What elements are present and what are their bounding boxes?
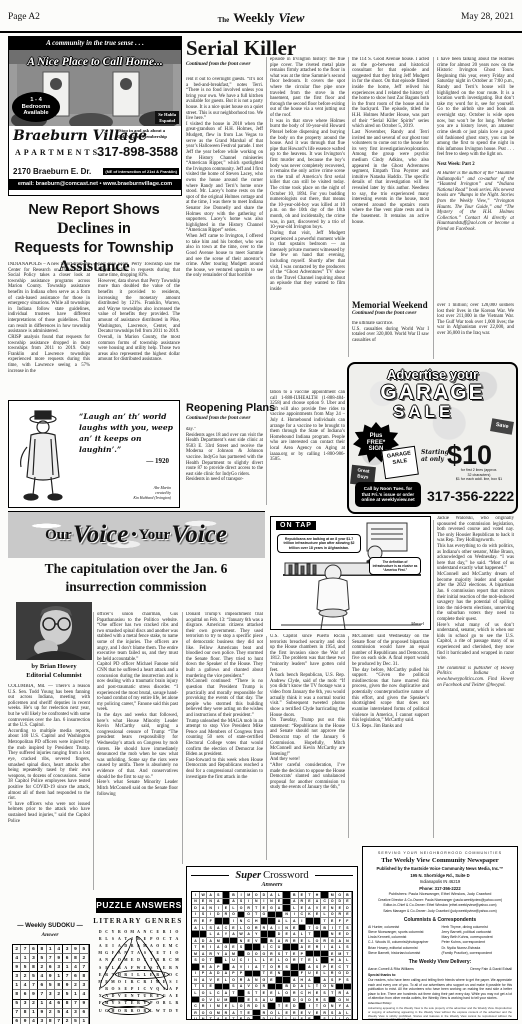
starting-at-only: Starting at only <box>421 450 449 463</box>
banner-voice2: Voice <box>171 521 227 549</box>
columnists-right: Herb Thyme, dining columnist Jerry Barne… <box>441 925 512 957</box>
sudoku-cell: 7 <box>47 954 55 963</box>
newspaper-page: Page A2 The Weekly View May 28, 2021 A c… <box>0 0 522 1024</box>
sudoku-cell: 3 <box>47 990 55 999</box>
serial-killer-continued: Continued from the front cover <box>186 62 250 67</box>
serial-killer-column-4-text: I have been talking about the Holmes cri… <box>437 57 514 158</box>
memorial-weekend-title: Memorial Weekend <box>352 300 428 310</box>
crossword-cell: E <box>238 1016 246 1020</box>
memorial-weekend-continued: Continued from the front cover <box>352 311 416 316</box>
sudoku-cell: 4 <box>63 1009 71 1018</box>
wordsearch-cell: I <box>174 978 180 985</box>
crossword-cell: L <box>336 1016 344 1020</box>
sudoku-cell: 5 <box>47 981 55 990</box>
sudoku-cell: 5 <box>13 1000 21 1009</box>
crossword-title-super: Super <box>235 870 261 881</box>
crossword-cell: A <box>215 1016 223 1020</box>
owner-line-3: Sales Manager & Co-Owner: Judy Crawford … <box>368 909 512 913</box>
wordsearch-cell: A <box>174 935 180 942</box>
sudoku-answer-grid: 2768143954135796829582631473254917681476… <box>12 944 90 1024</box>
sudoku-cell: 7 <box>80 963 88 972</box>
save-tag: Save <box>490 418 514 435</box>
sudoku-cell: 3 <box>72 1009 80 1018</box>
sudoku-cell: 9 <box>63 981 71 990</box>
ourvoice-column-4: U.S. Capitol since Puerto Rican terroris… <box>270 634 345 862</box>
sudoku-cell: 4 <box>30 1018 38 1024</box>
sudoku-cell: 2 <box>63 1018 71 1024</box>
policy-header: Advertiser Policy: <box>368 1002 512 1006</box>
banner-voice: Voice <box>73 521 129 549</box>
sudoku-cell: 3 <box>63 945 71 954</box>
ad-banner-text: A community in the true sense . . . <box>9 37 181 50</box>
puzzle-answers-header: PUZZLE ANSWERS <box>96 898 182 913</box>
sudoku-cell: 4 <box>13 954 21 963</box>
crossword-cell: T <box>230 1016 238 1020</box>
columnists-list: Al Hunter, columnist Steve Nicewanger, s… <box>368 925 512 957</box>
ourvoice-column-1: COLUMBIA, Md. — There’s a reason U.S. Se… <box>8 684 90 896</box>
serial-killer-column-2: episode in Irvington history: the flue p… <box>270 57 345 381</box>
published-by: Published by the Eastside Voice Communit… <box>368 866 512 871</box>
crossword-cell: T <box>207 1016 215 1020</box>
column-rule <box>93 612 94 890</box>
ourvoice-column-3: Donald Trump’s impeachment trial acquitt… <box>186 612 263 864</box>
masthead-weekly: Weekly <box>233 10 274 25</box>
sudoku-cell: 1 <box>13 981 21 990</box>
crossword-subtitle: Answers <box>187 882 357 888</box>
sudoku-cell: 9 <box>55 954 63 963</box>
sudoku-cell: 5 <box>38 954 46 963</box>
sudoku-cell: 4 <box>38 972 46 981</box>
masthead-view: View <box>278 10 304 25</box>
abe-martin-box: “Laugh an’ th’ world laughs with you, we… <box>8 400 180 508</box>
sudoku-cell: 1 <box>80 1018 88 1024</box>
sudoku-cell: 1 <box>21 954 29 963</box>
wordsearch-cell: Y <box>174 1007 180 1014</box>
township-headline-part: in <box>114 221 131 237</box>
serving-line: SERVING YOUR NEIGHBORHOOD COMMUNITIES <box>368 851 512 855</box>
delivery-list: Aaron Cornell & Rita Williams Denny Fain… <box>368 967 512 971</box>
title-rule <box>191 875 229 876</box>
gym-membership-note: Stop in and ask about a Gold’s Gym Membe… <box>105 128 179 139</box>
wordsearch-answer-grid: DCYROMANCEBIORLSATIREPOCTAAEIADRAMAOEMCM… <box>97 928 180 1014</box>
sudoku-cell: 8 <box>21 1009 29 1018</box>
wordsearch-cell: N <box>174 964 180 971</box>
sudoku-cell: 4 <box>55 945 63 954</box>
title-rule <box>315 875 353 876</box>
banner-your: Your <box>139 527 171 544</box>
sudoku-cell: 4 <box>80 990 88 999</box>
column-rule <box>348 57 349 357</box>
mini-garage-sale-sign: GARAGE SALE <box>381 446 419 479</box>
sudoku-cell: 7 <box>38 990 46 999</box>
ourvoice-column-6: Jackie Walorski, who originally sponsore… <box>437 516 514 840</box>
sudoku-cell: 6 <box>72 972 80 981</box>
braeburn-info: Braeburn Village APARTMENTS Stop in and … <box>9 126 181 167</box>
sudoku-cell: 8 <box>30 963 38 972</box>
crossword-cell: D <box>245 1016 253 1020</box>
braeburn-apartments-label: APARTMENTS <box>15 148 100 157</box>
sudoku-cell: 2 <box>47 1009 55 1018</box>
speech-bubble-1: Republicans are balking at an 8 year $1.… <box>277 534 361 553</box>
office-phone: Phone: 317-356-2222 <box>368 886 512 891</box>
crossword-cell: S <box>223 1016 231 1020</box>
sudoku-cell: 7 <box>72 1000 80 1009</box>
serial-killer-column-4: I have been talking about the Holmes cri… <box>437 57 514 299</box>
sudoku-cell: 4 <box>21 981 29 990</box>
crossword-cell: U <box>291 1016 299 1020</box>
sudoku-cell: 8 <box>72 954 80 963</box>
sudoku-cell: 9 <box>38 1009 46 1018</box>
braeburn-village-ad: A community in the true sense . . . A Ni… <box>8 36 182 196</box>
wordsearch-circle <box>108 1006 150 1015</box>
sudoku-cell: 6 <box>47 963 55 972</box>
abe-martin-credit: Abe Martin created by Kin Hubbard (Irvin… <box>133 486 171 501</box>
sudoku-cell: 3 <box>55 963 63 972</box>
brian-howey-portrait <box>16 602 92 660</box>
wordsearch-title: LITERARY GENRES <box>92 917 184 925</box>
sudoku-cell: 6 <box>38 981 46 990</box>
columnist-tagline: The columnist is publisher of Howey Poli… <box>437 666 514 688</box>
sudoku-cell: 3 <box>80 981 88 990</box>
sudoku-cell: 1 <box>63 963 71 972</box>
crossword-cell: E <box>306 1016 314 1020</box>
column-rule <box>433 520 434 838</box>
garage-sale-ad: Advertise your GARAGE SALE Plus FREE* SI… <box>347 362 518 514</box>
office-address: 195 N. Shortridge Rd., Suite D <box>368 873 512 878</box>
banner-bullet: • <box>131 527 136 544</box>
thanks-header: Special thanks to: <box>368 973 512 977</box>
columnists-left: Al Hunter, columnist Steve Nicewanger, s… <box>368 925 439 957</box>
braeburn-photo: A Nice Place to Call Home... 1 - 4 Bedro… <box>9 50 181 126</box>
township-headline-emph: Declines <box>57 220 114 237</box>
ourvoice-column-5: McConnell said Wednesday on the Senate f… <box>352 634 429 838</box>
braeburn-address: 2170 Braeburn E. Dr. <box>13 167 91 176</box>
owner-line-1: Creative Director & Co-Owner: Paula Nice… <box>368 898 512 902</box>
delivery-left: Aaron Cornell & Rita Williams <box>368 967 414 971</box>
abe-martin-cartoon <box>13 407 75 503</box>
sudoku-cell: 6 <box>55 1000 63 1009</box>
banner-our: Our <box>45 527 72 544</box>
author-bio: Al Hunter is the author of the “Haunted … <box>437 171 514 233</box>
wordsearch-cell: R <box>174 1000 180 1007</box>
garage-ad-phone: 317-356-2222 <box>427 488 514 504</box>
sudoku-cell: 2 <box>38 963 46 972</box>
sudoku-cell: 4 <box>72 963 80 972</box>
crossword-answer-grid: IWASBIMODALBETHMOBNENAASININEAREACODEDAN… <box>191 891 353 1020</box>
ourvoice-column-6-text: Jackie Walorski, who originally sponsore… <box>437 516 514 662</box>
column-rule <box>348 636 349 838</box>
our-voice-banner: Our Voice • Your Voice <box>8 511 265 558</box>
sudoku-cell: 9 <box>21 1018 29 1024</box>
sudoku-cell: 7 <box>21 945 29 954</box>
sudoku-cell: 9 <box>47 972 55 981</box>
cartoonist-signature: Marvel <box>411 621 424 626</box>
sudoku-cell: 1 <box>38 1000 46 1009</box>
wordsearch-cell: M <box>174 957 180 964</box>
se-habla-espanol-chip: Se Habla Español <box>155 111 179 124</box>
crossword-cell: L <box>283 1016 291 1020</box>
sudoku-cell: 2 <box>72 981 80 990</box>
sudoku-cell: 8 <box>47 1018 55 1024</box>
delivery-right: Denny Fain & David Edsall <box>470 967 512 971</box>
sudoku-cell: 8 <box>63 1000 71 1009</box>
masthead-box-title: The Weekly View Community Newspaper <box>368 857 512 864</box>
ourvoice-column-2: officer’s union chairman, Gus Papathanas… <box>97 612 178 892</box>
sudoku-cell: 7 <box>30 981 38 990</box>
masthead-the: The <box>218 16 230 24</box>
columnists-header: Columnists & Correspondents <box>368 917 512 923</box>
crossword-cell: D <box>261 1016 269 1020</box>
sudoku-cell: 6 <box>21 990 29 999</box>
sudoku-cell: 3 <box>13 972 21 981</box>
header-rule <box>0 31 522 33</box>
sudoku-cell: 5 <box>30 972 38 981</box>
bedrooms-badge: 1 - 4 Bedrooms Available <box>12 92 60 122</box>
sudoku-cell: 9 <box>13 963 21 972</box>
sudoku-cell: 5 <box>63 990 71 999</box>
sudoku-cell: 1 <box>47 945 55 954</box>
wordsearch-cell: O <box>174 950 180 957</box>
reopening-plans-continued: Continued from the front cover <box>186 416 250 421</box>
sale-word: SALE <box>393 402 454 422</box>
serial-killer-column-3: the 114 S. Good Avenue house. I acted as… <box>352 57 429 297</box>
abe-martin-quote: “Laugh an’ th’ world laughs with you, we… <box>79 411 173 455</box>
delivery-header: The Weekly View Delivery: <box>368 959 512 965</box>
column-rule <box>266 57 267 505</box>
wordsearch-cell: C <box>174 942 180 949</box>
column-rule <box>182 612 183 864</box>
sudoku-cell: 7 <box>13 1009 21 1018</box>
sudoku-cell: 7 <box>63 972 71 981</box>
sudoku-cell: 9 <box>80 1000 88 1009</box>
sudoku-cell: 2 <box>30 1000 38 1009</box>
policy-text: Advertising appearing in the Weekly View… <box>368 1007 512 1020</box>
reopening-column-2: tation to a vaccine appointment can call… <box>270 390 345 508</box>
owner-line-2: Editor-in-Chief & Co-Owner: Ethel Winslo… <box>368 903 512 907</box>
crossword-cell: N <box>200 1016 208 1020</box>
thanks-text: Our readers, who have been calling and t… <box>368 978 512 1000</box>
sudoku-cell: 1 <box>55 972 63 981</box>
sudoku-cell: 7 <box>55 1018 63 1024</box>
reopening-plans-title: Reopening Plans <box>186 402 275 414</box>
sudoku-cell: 1 <box>30 1009 38 1018</box>
next-week-line: Next Week: Part 2 <box>437 162 514 167</box>
sudoku-cell: 8 <box>13 990 21 999</box>
price-terms: for first 2 lines (approx. 32 characters… <box>445 468 513 482</box>
reopening-column-1: day.” Residents ages 18 and over can vis… <box>186 427 263 507</box>
office-city: Indianapolis IN 46219 <box>368 879 512 884</box>
wordsearch-cell: O <box>174 928 180 935</box>
sudoku-cell: 5 <box>72 1018 80 1024</box>
wordsearch-cell: C <box>174 971 180 978</box>
sudoku-cell: 8 <box>38 945 46 954</box>
township-column-2: past nine years. Perry Township saw the … <box>98 262 180 398</box>
call-instructions: Call by Noon Tues. for that Fri.’s issue… <box>355 482 421 507</box>
abe-martin-year: — 1920 <box>146 457 169 465</box>
sudoku-cell: 9 <box>72 945 80 954</box>
column-rule <box>266 636 267 860</box>
township-headline-part: New Report Shows <box>28 202 159 218</box>
braeburn-address-row: 2170 Braeburn E. Dr. (NE of intersection… <box>9 167 181 179</box>
speech-bubble-2: The definition of infrastructure is as e… <box>369 557 421 575</box>
garage-ad-header: Advertise your <box>349 367 516 382</box>
sudoku-cell: 6 <box>30 945 38 954</box>
braeburn-contact-bar: email: braeburn@comcast.net • www.braebu… <box>9 179 181 190</box>
on-tap-cartoon: ON TAP Republicans are balking at an 8 y… <box>270 516 431 630</box>
sudoku-cell: 2 <box>21 972 29 981</box>
memorial-column-1: the ultimate sacrifice. U.S. casualties … <box>352 321 429 359</box>
sudoku-cell: 1 <box>72 990 80 999</box>
wordsearch-cell: E <box>174 993 180 1000</box>
ad-photo-caption: A Nice Place to Call Home... <box>9 56 181 68</box>
crossword-title-row: Super Crossword <box>191 870 353 881</box>
sudoku-cell: 8 <box>55 981 63 990</box>
sudoku-cell: 8 <box>80 972 88 981</box>
crossword-cell: A <box>276 1016 284 1020</box>
sudoku-cell: 3 <box>38 1018 46 1024</box>
crossword-cell: S <box>299 1016 307 1020</box>
price: $10 <box>447 440 492 471</box>
byline: by Brian Howey Editorial Columnist <box>8 663 100 681</box>
issue-date: May 28, 2021 <box>461 12 514 22</box>
braeburn-address-note: (NE of intersection of 21st & Franklin) <box>103 168 179 175</box>
sudoku-cell: 9 <box>30 990 38 999</box>
crossword-cell: I <box>329 1016 337 1020</box>
township-headline-part: Requests for Township <box>14 240 173 256</box>
crossword-cell <box>314 1016 322 1020</box>
crossword-title-rest: Crossword <box>263 870 309 881</box>
capitulation-headline: The capitulation over the Jan. 6 insurre… <box>10 560 262 595</box>
column-rule <box>433 57 434 359</box>
wordsearch-cell: P <box>174 986 180 993</box>
sudoku-cell: 3 <box>21 1000 29 1009</box>
newspaper-masthead: The Weekly View <box>0 9 522 27</box>
braeburn-phone: 317-898-3588 <box>97 144 178 159</box>
sudoku-title: — Weekly SUDOKU — <box>8 922 92 929</box>
sudoku-cell: 5 <box>80 945 88 954</box>
on-tap-label: ON TAP <box>276 521 316 530</box>
masthead-info-box: SERVING YOUR NEIGHBORHOOD COMMUNITIES Th… <box>362 846 518 1020</box>
crossword-cell: U <box>192 1016 200 1020</box>
sudoku-cell: 2 <box>80 954 88 963</box>
crossword-cell: O <box>344 1016 352 1020</box>
sudoku-cell: 6 <box>13 1018 21 1024</box>
sudoku-cell: 2 <box>13 945 21 954</box>
sudoku-cell: 3 <box>30 954 38 963</box>
publishers-line: Publishers: Paula Nicewanger, Ethel Wins… <box>368 892 512 896</box>
crossword-cell <box>253 1016 261 1020</box>
sudoku-cell: 6 <box>80 1009 88 1018</box>
crossword-cell: U <box>268 1016 276 1020</box>
sudoku-cell: 4 <box>47 1000 55 1009</box>
sudoku-cell: 5 <box>55 1009 63 1018</box>
memorial-column-2: over 1 million; over 128,000 soldiers lo… <box>437 303 514 359</box>
crossword-answer-box: Super Crossword Answers IWASBIMODALBETHM… <box>186 866 358 1020</box>
sudoku-subtitle: Answer <box>8 932 92 938</box>
sudoku-cell: 5 <box>21 963 29 972</box>
township-column-1: INDIANAPOLIS – A new report from the Cen… <box>8 262 90 398</box>
crossword-cell: S <box>321 1016 329 1020</box>
sudoku-cell: 6 <box>63 954 71 963</box>
serial-killer-column-1: rent it out to overnight guests. “It’s n… <box>186 77 263 397</box>
sudoku-cell: 2 <box>55 990 63 999</box>
